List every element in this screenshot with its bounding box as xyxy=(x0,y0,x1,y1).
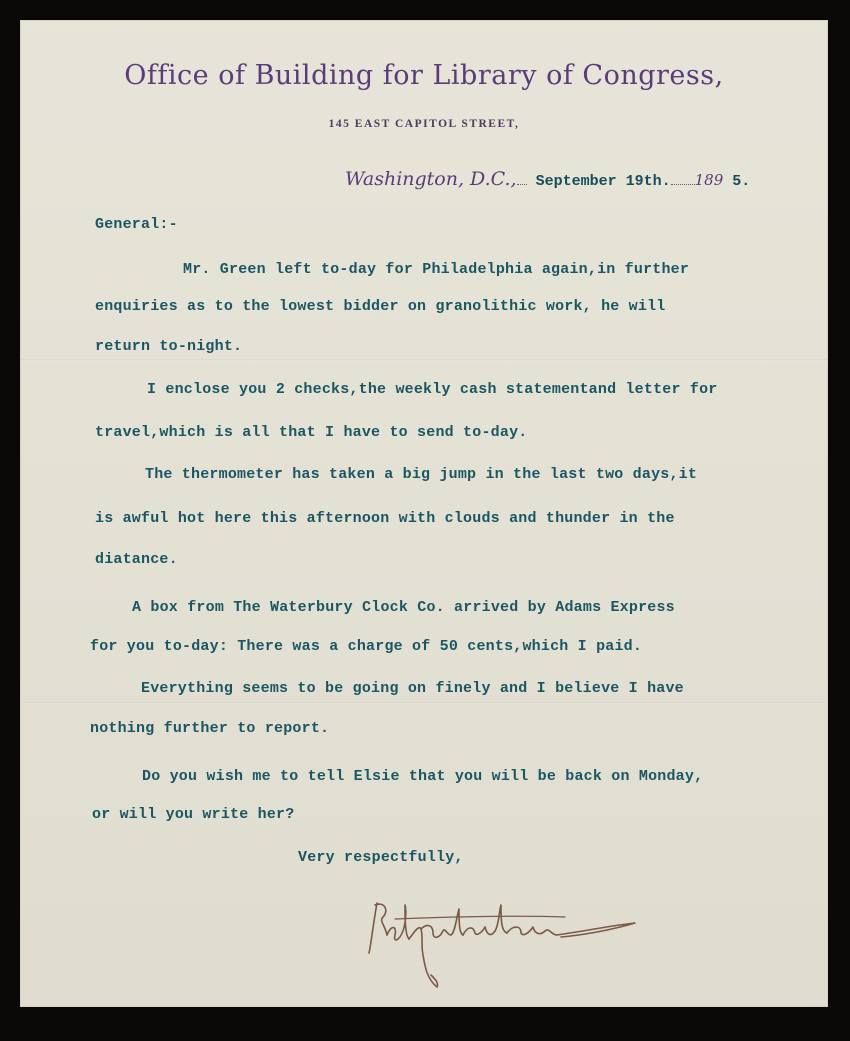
signature xyxy=(365,895,640,990)
body-line: enquiries as to the lowest bidder on gra… xyxy=(95,298,666,315)
salutation: General:- xyxy=(95,216,178,233)
closing: Very respectfully, xyxy=(298,849,464,866)
body-line: or will you write her? xyxy=(92,806,294,823)
dateline-date: September 19th. xyxy=(536,173,671,190)
dateline-city: Washington, D.C., xyxy=(345,168,517,190)
dateline: Washington, D.C., September 19th.189 5. xyxy=(345,168,750,190)
body-line: Mr. Green left to-day for Philadelphia a… xyxy=(183,261,689,278)
body-line: I enclose you 2 checks,the weekly cash s… xyxy=(147,381,718,398)
body-line: The thermometer has taken a big jump in … xyxy=(145,466,697,483)
body-line: A box from The Waterbury Clock Co. arriv… xyxy=(132,599,675,616)
body-line: is awful hot here this afternoon with cl… xyxy=(95,510,675,527)
fold-line xyxy=(20,359,828,361)
letterhead-address: 145 EAST CAPITOL STREET, xyxy=(20,118,828,130)
body-line: Everything seems to be going on finely a… xyxy=(141,680,684,697)
dateline-year-suffix: 5. xyxy=(732,173,750,190)
dateline-year-prefix: 189 xyxy=(695,171,724,189)
body-line: for you to-day: There was a charge of 50… xyxy=(90,638,642,655)
body-line: diatance. xyxy=(95,551,178,568)
body-line: return to-night. xyxy=(95,338,242,355)
dotted-rule xyxy=(671,180,695,185)
fold-line xyxy=(20,702,828,704)
dotted-rule xyxy=(517,180,527,185)
body-line: travel,which is all that I have to send … xyxy=(95,424,527,441)
letter-paper: Office of Building for Library of Congre… xyxy=(20,20,828,1007)
letterhead-title: Office of Building for Library of Congre… xyxy=(20,60,828,91)
body-line: nothing further to report. xyxy=(90,720,329,737)
body-line: Do you wish me to tell Elsie that you wi… xyxy=(142,768,703,785)
